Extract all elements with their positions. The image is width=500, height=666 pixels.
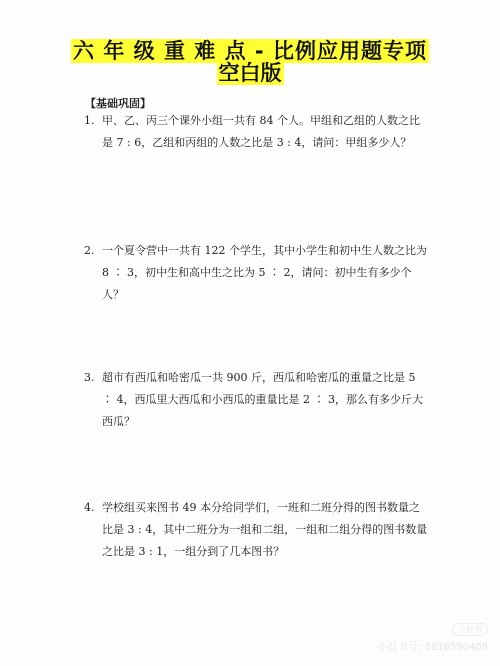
- title-line-1: 六 年 级 重 难 点 - 比例应用题专项: [71, 39, 429, 63]
- question-4: 4. 学校组买来图书 49 本分给同学们，一班和二班分得的图书数量之比是 3 :…: [84, 497, 429, 563]
- question-text: 学校组买来图书 49 本分给同学们，一班和二班分得的图书数量之比是 3 : 4，…: [102, 497, 429, 563]
- question-number: 2.: [84, 240, 95, 262]
- question-text: 甲、乙、丙三个课外小组一共有 84 个人。甲组和乙组的人数之比是 7 : 6，乙…: [102, 110, 429, 154]
- question-2: 2. 一个夏令营中一共有 122 个学生，其中小学生和初中生人数之比为 8 ∶ …: [84, 240, 429, 306]
- question-number: 3.: [84, 367, 95, 389]
- watermark-id: 小红书号: 3818590408: [378, 638, 488, 653]
- question-1: 1. 甲、乙、丙三个课外小组一共有 84 个人。甲组和乙组的人数之比是 7 : …: [84, 110, 429, 154]
- watermark-badge: 小红书: [452, 623, 488, 636]
- title-line-2: 空白版: [217, 61, 284, 85]
- question-number: 4.: [84, 497, 95, 519]
- section-label: 【基础巩固】: [85, 95, 151, 111]
- question-3: 3. 超市有西瓜和哈密瓜一共 900 斤，西瓜和哈密瓜的重量之比是 5 ∶ 4，…: [84, 367, 429, 433]
- document-title: 六 年 级 重 难 点 - 比例应用题专项 空白版: [0, 40, 500, 84]
- question-text: 超市有西瓜和哈密瓜一共 900 斤，西瓜和哈密瓜的重量之比是 5 ∶ 4，西瓜里…: [102, 367, 429, 433]
- question-number: 1.: [84, 110, 95, 132]
- question-text: 一个夏令营中一共有 122 个学生，其中小学生和初中生人数之比为 8 ∶ 3，初…: [102, 240, 429, 306]
